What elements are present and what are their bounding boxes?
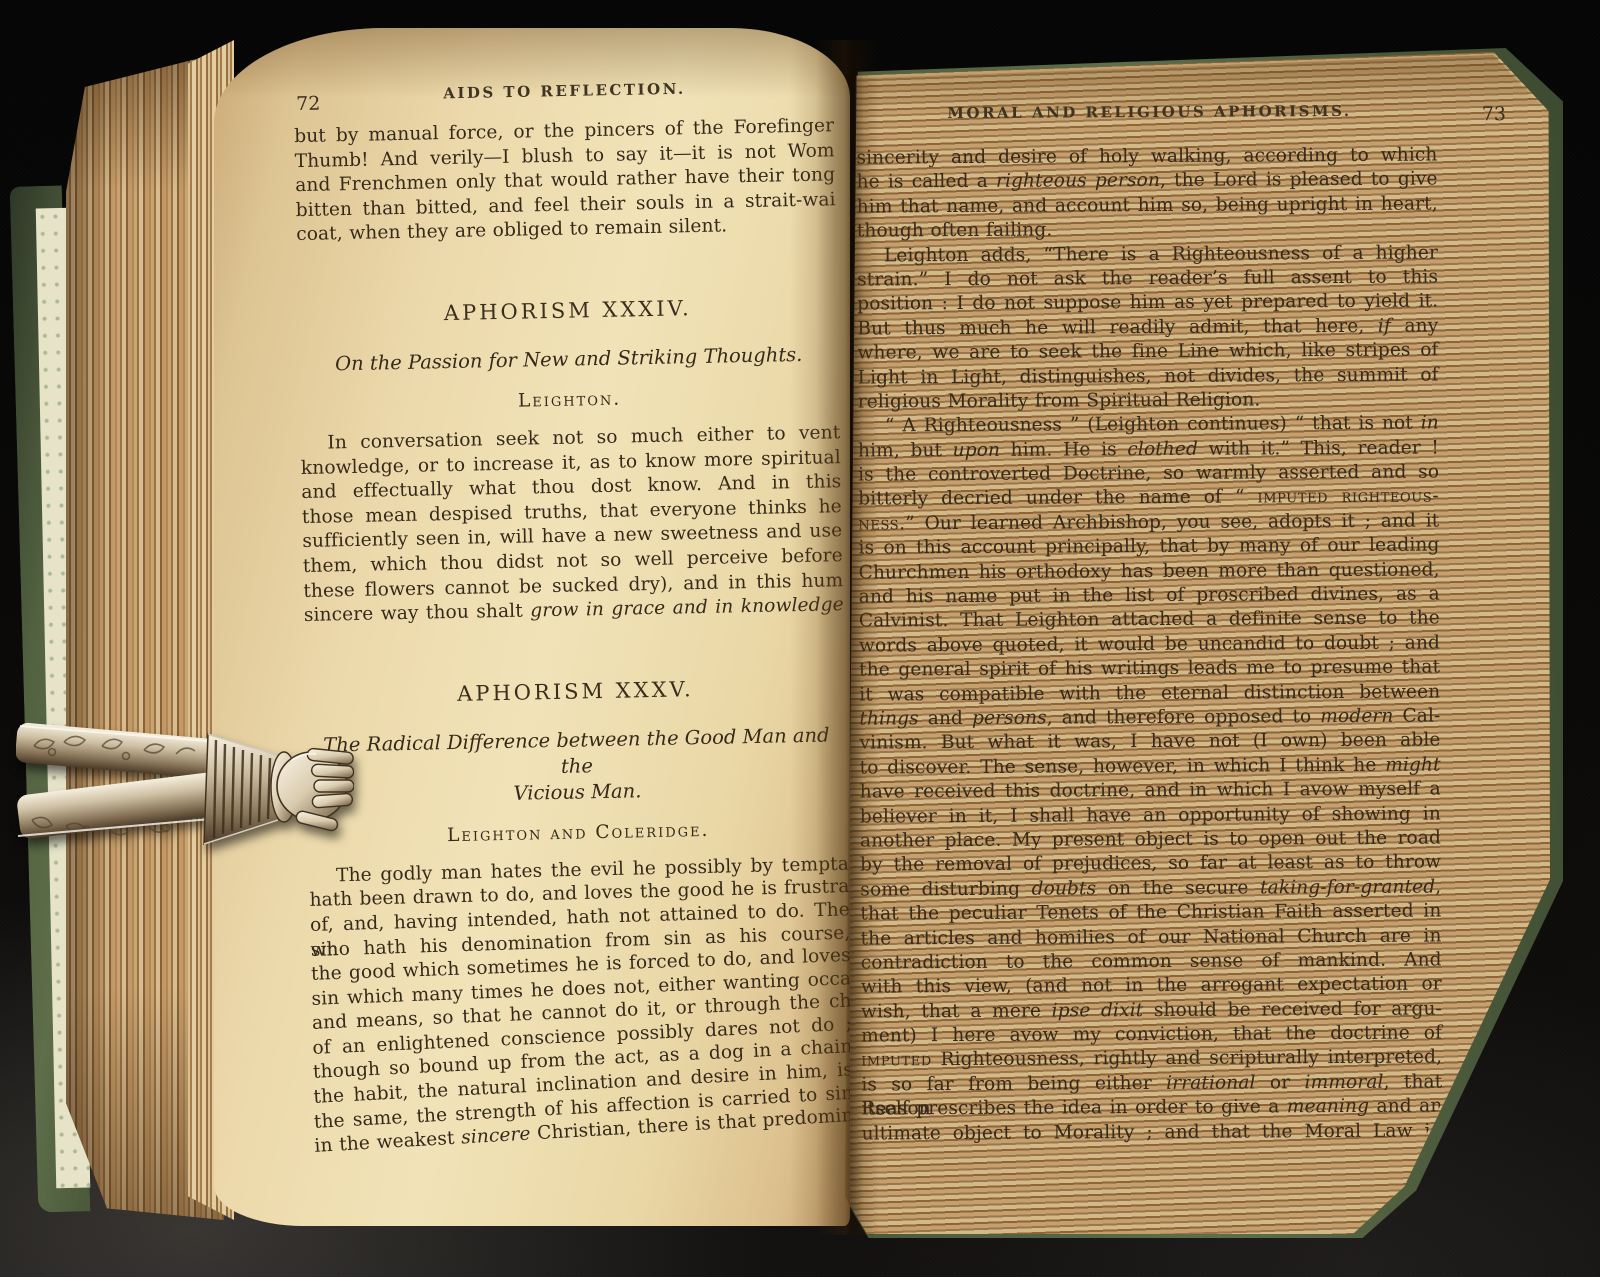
italic-text: righteous person — [996, 170, 1160, 192]
text-line: strain.” I do not ask the reader’s full … — [857, 265, 1438, 292]
text: itself prescribes the idea in order to g… — [861, 1097, 1287, 1120]
text: , and therefore opposed to — [1047, 706, 1321, 728]
left-page-header: 72 AIDS TO REFLECTION. — [294, 77, 835, 113]
text-line: ment) I here avow my conviction, that th… — [861, 1022, 1442, 1049]
italic-text: things — [859, 708, 919, 729]
text-line: some disturbing doubts on the secure tak… — [860, 875, 1441, 902]
italic-text: in — [1421, 413, 1439, 434]
italic-text: might — [1385, 754, 1441, 775]
text: , — [1435, 876, 1441, 897]
text-line: is the controverted Doctrine, so warmly … — [858, 461, 1439, 488]
text-line: and his name put in the list of proscrib… — [859, 583, 1440, 610]
text: and an — [1369, 1096, 1442, 1117]
text-line: But thus much he will readily admit, tha… — [857, 314, 1438, 341]
italic-text: meaning — [1287, 1096, 1369, 1117]
text-line: itself prescribes the idea in order to g… — [861, 1095, 1442, 1122]
paragraph: The godly man hates the evil he possibly… — [309, 854, 850, 1160]
italic-text: taking-for-granted — [1260, 876, 1435, 898]
text-line: by the removal of prejudices, so far at … — [860, 851, 1441, 878]
subtitle: The Radical Difference between the Good … — [306, 722, 847, 811]
text-line: Churchmen his orthodoxy has been more th… — [859, 558, 1440, 585]
paragraph: sincerity and desire of holy walking, ac… — [856, 143, 1438, 244]
aphorism-heading: APHORISM XXXV. — [305, 674, 845, 709]
text-line: Light in Light, distinguishes, not divid… — [858, 363, 1439, 390]
italic-text: upon — [953, 439, 1001, 460]
text: some disturbing — [860, 878, 1031, 900]
text: should be received for argu- — [1143, 998, 1442, 1021]
clip-bars — [16, 722, 226, 840]
running-header-right: MORAL AND RELIGIOUS APHORISMS. — [859, 101, 1440, 122]
text-line: is so far from being either irrational o… — [861, 1070, 1442, 1097]
text-line: him that name, and account him so, being… — [857, 192, 1438, 219]
text-line: religious Morality from Spiritual Religi… — [858, 387, 1439, 414]
italic-text: immoral — [1304, 1072, 1383, 1093]
heading-line: APHORISM XXXIV. — [298, 293, 838, 328]
text: him, but — [858, 440, 953, 461]
text-line: ultimate object to Morality ; and that t… — [861, 1119, 1442, 1146]
text: to discover. The sense, however, in whic… — [860, 755, 1386, 779]
subtitle-line: On the Passion for New and Striking Thou… — [299, 341, 839, 378]
italic-text: sincere — [461, 1124, 532, 1149]
text-line: ness.” Our learned Archbishop, you see, … — [858, 509, 1439, 536]
text: But thus much he will readily admit, tha… — [857, 316, 1378, 340]
right-page-text: sincerity and desire of holy walking, ac… — [856, 143, 1442, 1146]
attribution: Leighton. — [299, 384, 839, 416]
small-caps-text: imputed righteous- — [1257, 486, 1439, 508]
text: , the Lord is pleased to give — [1160, 169, 1438, 191]
text: bitterly decried under the name of “ — [858, 487, 1257, 510]
aphorism-heading: APHORISM XXXIV. — [298, 293, 838, 328]
left-page-text: but by manual force, or the pincers of t… — [294, 114, 850, 1159]
text-line: though often failing. — [857, 217, 1438, 244]
text-line: another place. My present object is to o… — [860, 826, 1441, 853]
text-line: have received this doctrine, and in whic… — [860, 778, 1441, 805]
attribution-line: Leighton. — [299, 384, 839, 416]
text-line: sincerity and desire of holy walking, ac… — [856, 143, 1437, 170]
italic-text: grow in grace and in knowledge — [530, 594, 844, 621]
italic-text: clothed — [1127, 438, 1198, 459]
text: or — [1256, 1072, 1305, 1093]
left-page: 72 AIDS TO REFLECTION. but by manual for… — [214, 28, 850, 1226]
text-line: words above quoted, it would be uncandid… — [859, 631, 1440, 658]
paragraph: Leighton adds, “There is a Righteousness… — [857, 241, 1439, 415]
text-line: him, but upon him. He is clothed with it… — [858, 436, 1439, 463]
right-page: MORAL AND RELIGIOUS APHORISMS. 73 sincer… — [845, 55, 1550, 1232]
small-caps-text: imputed — [861, 1050, 932, 1071]
text-line: to discover. The sense, however, in whic… — [860, 753, 1441, 780]
text: wish, that a mere — [861, 1000, 1052, 1022]
paragraph: “ A Righteousness ” (Leighton continues)… — [858, 412, 1443, 1147]
text-line: with this view, (and not in the arrogant… — [861, 973, 1442, 1000]
clip-cuff — [204, 734, 278, 844]
paragraph: but by manual force, or the pincers of t… — [294, 114, 836, 248]
text-line: contradiction to the common sense of man… — [861, 948, 1442, 975]
text-line: position : I do not suppose him as yet p… — [857, 290, 1438, 317]
running-header-left: AIDS TO REFLECTION. — [294, 77, 835, 105]
paragraph: In conversation seek not so much either … — [300, 421, 844, 629]
text-line: things and persons, and therefore oppose… — [859, 704, 1440, 731]
italic-text: modern — [1320, 706, 1393, 727]
clip-hand — [271, 748, 354, 832]
text: any — [1391, 315, 1439, 336]
italic-text: irrational — [1166, 1072, 1256, 1093]
right-page-header: MORAL AND RELIGIOUS APHORISMS. 73 — [859, 101, 1440, 130]
photo-scene: 72 AIDS TO REFLECTION. but by manual for… — [0, 0, 1600, 1277]
text-line: Leighton adds, “There is a Righteousness… — [857, 241, 1438, 268]
bookmark-hand-clip-icon — [16, 700, 354, 868]
subtitle: On the Passion for New and Striking Thou… — [299, 341, 839, 378]
text-line: the general spirit of his writings leads… — [859, 656, 1440, 683]
text: on the secure — [1096, 877, 1260, 899]
attribution: Leighton and Coleridge. — [308, 817, 848, 849]
text-line: the articles and homilies of our Nationa… — [860, 924, 1441, 951]
text-line: bitterly decried under the name of “ imp… — [858, 485, 1439, 512]
italic-text: doubts — [1032, 878, 1097, 899]
text-line: believer in it, I shall have an opportun… — [860, 802, 1441, 829]
italic-text: if — [1378, 315, 1391, 336]
page-number-right: 73 — [1482, 103, 1506, 125]
text-line: where, we are to seek the fine Line whic… — [857, 339, 1438, 366]
text-line: Calvinist. That Leighton attached a defi… — [859, 607, 1440, 634]
text: him. He is — [1000, 439, 1127, 461]
italic-text: persons — [972, 708, 1047, 729]
text: “ A Righteousness ” (Leighton continues)… — [885, 413, 1421, 437]
text-line: is on this account principally, that by … — [858, 534, 1439, 561]
text-line: that the peculiar Tenets of the Christia… — [860, 900, 1441, 927]
text: .” Our learned Archbishop, you see, adop… — [899, 510, 1439, 534]
text-line: vinism. But what it was, I have not (I o… — [859, 729, 1440, 756]
small-caps-text: ness — [858, 513, 899, 534]
text-line: “ A Righteousness ” (Leighton continues)… — [858, 412, 1439, 439]
text-line: wish, that a mere ipse dixit should be r… — [861, 997, 1442, 1024]
attribution-line: Leighton and Coleridge. — [308, 817, 848, 849]
text: is so far from being either — [861, 1073, 1166, 1096]
text-line: imputed Righteousness, rightly and scrip… — [861, 1046, 1442, 1073]
text: and — [919, 708, 972, 729]
text: sincere way thou shalt — [304, 601, 531, 627]
text-line: it was compatible with the eternal disti… — [859, 680, 1440, 707]
text: Righteousness, rightly and scripturally … — [932, 1047, 1442, 1071]
page-number-left: 72 — [296, 93, 321, 115]
text-line: he is called a righteous person, the Lor… — [857, 168, 1438, 195]
text: he is called a — [857, 171, 997, 193]
heading-line: APHORISM XXXV. — [305, 674, 845, 709]
text: with it.” This, reader ! — [1198, 437, 1439, 459]
italic-text: ipse dixit — [1052, 1000, 1144, 1021]
text: Cal- — [1393, 705, 1440, 726]
